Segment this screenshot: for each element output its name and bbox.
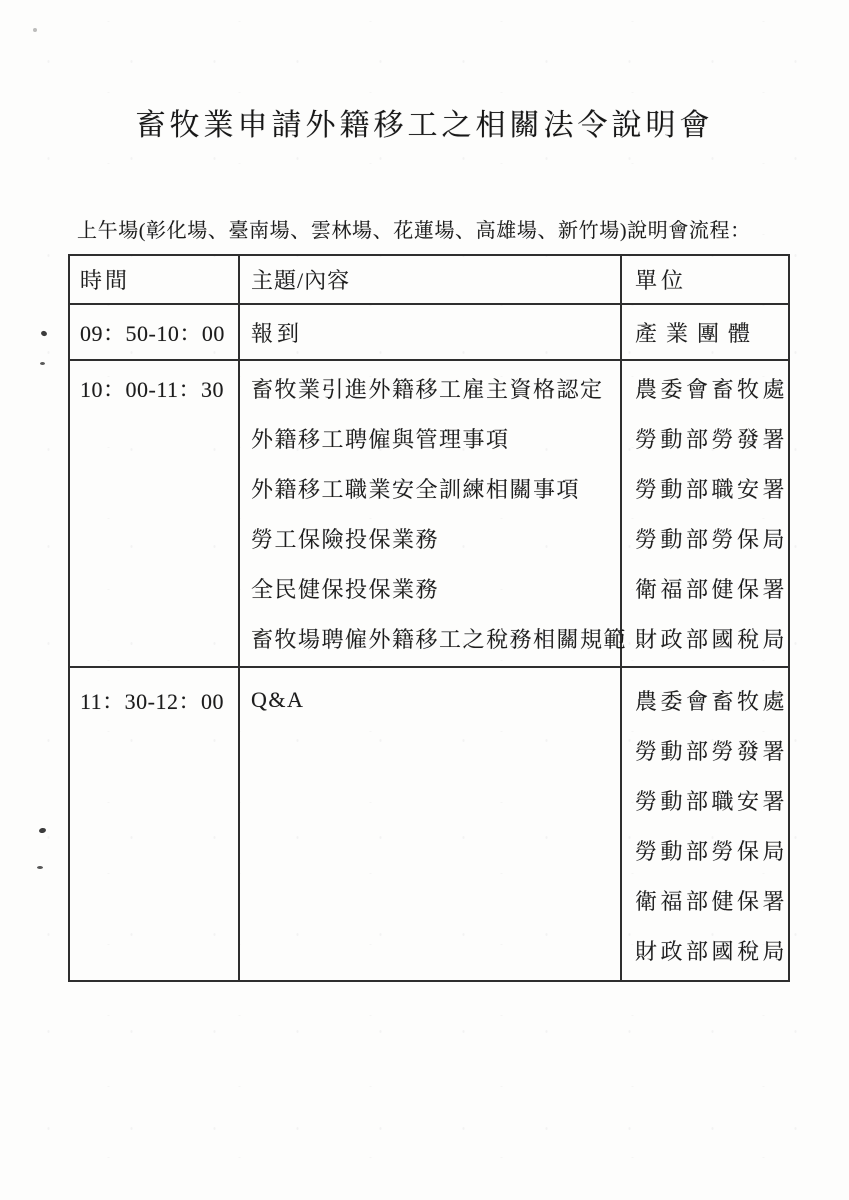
header-unit-label: 單位 [622, 256, 788, 303]
topic-value: 外籍移工聘僱與管理事項 [240, 413, 620, 463]
scan-speck [37, 866, 43, 869]
header-time: 時間 [69, 255, 239, 304]
unit-value: 產業團體 [622, 305, 788, 359]
cell-topic-qa: Q&A [239, 667, 621, 981]
cell-units-sessions: 農委會畜牧處 勞動部勞發署 勞動部職安署 勞動部勞保局 衛福部健保署 財政部國稅… [621, 360, 789, 667]
unit-value: 勞動部勞保局 [622, 513, 788, 563]
unit-value: 衛福部健保署 [622, 875, 788, 925]
table-row-qa: 11：30-12：00 Q&A 農委會畜牧處 勞動部勞發署 勞動部職安署 勞動部… [69, 667, 789, 981]
agenda-table: 時間 主題/內容 單位 09：50-10：00 報到 產業團體 10：00-11… [68, 254, 790, 982]
topic-value: 外籍移工職業安全訓練相關事項 [240, 463, 620, 513]
table-row-checkin: 09：50-10：00 報到 產業團體 [69, 304, 789, 360]
unit-value: 農委會畜牧處 [622, 675, 788, 725]
scan-speck [40, 330, 47, 337]
scan-speck [40, 362, 45, 365]
topic-value: 勞工保險投保業務 [240, 513, 620, 563]
scan-speck [39, 827, 47, 833]
time-value: 11：30-12：00 [70, 675, 238, 725]
time-value: 09：50-10：00 [70, 305, 238, 359]
unit-value: 財政部國稅局 [622, 613, 788, 663]
cell-time-sessions: 10：00-11：30 [69, 360, 239, 667]
cell-topics-sessions: 畜牧業引進外籍移工雇主資格認定 外籍移工聘僱與管理事項 外籍移工職業安全訓練相關… [239, 360, 621, 667]
unit-value: 勞動部職安署 [622, 463, 788, 513]
unit-value: 勞動部勞發署 [622, 725, 788, 775]
unit-value: 勞動部勞發署 [622, 413, 788, 463]
topic-value: Q&A [240, 675, 620, 725]
unit-value: 勞動部勞保局 [622, 825, 788, 875]
table-header-row: 時間 主題/內容 單位 [69, 255, 789, 304]
topic-value: 全民健保投保業務 [240, 563, 620, 613]
document-title: 畜牧業申請外籍移工之相關法令說明會 [0, 100, 849, 144]
topic-value: 畜牧業引進外籍移工雇主資格認定 [240, 363, 620, 413]
header-time-label: 時間 [70, 256, 238, 303]
cell-unit-checkin: 產業團體 [621, 304, 789, 360]
unit-value: 財政部國稅局 [622, 925, 788, 975]
topic-value: 報到 [240, 305, 620, 359]
cell-topic-checkin: 報到 [239, 304, 621, 360]
topic-value: 畜牧場聘僱外籍移工之稅務相關規範 [240, 613, 620, 663]
unit-value: 衛福部健保署 [622, 563, 788, 613]
unit-value: 農委會畜牧處 [622, 363, 788, 413]
cell-units-qa: 農委會畜牧處 勞動部勞發署 勞動部職安署 勞動部勞保局 衛福部健保署 財政部國稅… [621, 667, 789, 981]
header-topic-label: 主題/內容 [240, 256, 620, 303]
time-value: 10：00-11：30 [70, 363, 238, 413]
header-topic: 主題/內容 [239, 255, 621, 304]
scan-speck [33, 28, 37, 32]
table-row-sessions: 10：00-11：30 畜牧業引進外籍移工雇主資格認定 外籍移工聘僱與管理事項 … [69, 360, 789, 667]
header-unit: 單位 [621, 255, 789, 304]
unit-value: 勞動部職安署 [622, 775, 788, 825]
cell-time-checkin: 09：50-10：00 [69, 304, 239, 360]
cell-time-qa: 11：30-12：00 [69, 667, 239, 981]
session-subtitle: 上午場(彰化場、臺南場、雲林場、花蓮場、高雄場、新竹場)說明會流程： [77, 214, 751, 243]
